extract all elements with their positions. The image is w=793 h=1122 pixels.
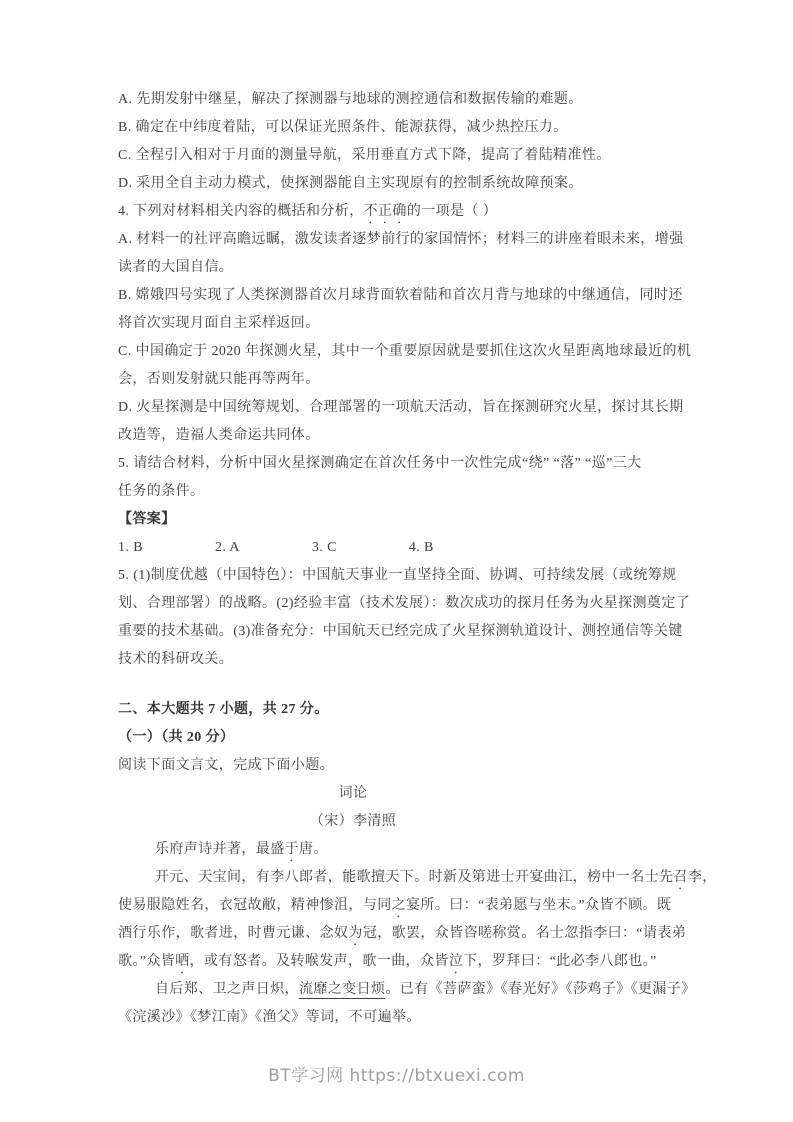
- text-segment: （一）（共 20 分）: [118, 730, 234, 745]
- text-segment: 使易服隐姓名，衣冠故敝，精神惨沮，与同: [118, 898, 392, 913]
- answer-key-item: 2. A: [215, 534, 240, 562]
- reading-instruction: 阅读下面文言文，完成下面小题。: [118, 752, 733, 780]
- q4-option-a-line2: 读者的大国自信。: [118, 254, 733, 282]
- passage-para1: 乐府声诗并著，最盛于唐。: [118, 836, 733, 864]
- text-segment: B. 嫦娥四号实现了人类探测器首次月球背面软着陆和首次月背与地球的中继通信，同时…: [118, 288, 683, 303]
- passage-para2-line1: 开元、天宝间，有李八郎者，能歌擅天下。时新及第进士开宴曲江，榜中一名士先召李，: [118, 864, 733, 892]
- section-2-header: 二、本大题共 7 小题，共 27 分。: [118, 696, 733, 724]
- passage-para2-line3: 酒行乐作，歌者进，时曹元谦、念奴为冠，歌罢，众皆咨嗟称赏。名士忽指李曰：“请表弟: [118, 920, 733, 948]
- text-segment: B. 确定在中纬度着陆，可以保证光照条件、能源获得，减少热控压力。: [118, 120, 568, 135]
- q4-option-d-line2: 改造等，造福人类命运共同体。: [118, 422, 733, 450]
- text-segment: 划、合理部署）的战略。(2)经验丰富（技术发展）：数次成功的探月任务为火星探测奠…: [118, 596, 690, 611]
- text-segment: 二、本大题共 7 小题，共 27 分。: [118, 702, 329, 717]
- text-segment: 乐府声诗并著，最盛: [155, 842, 285, 857]
- passage-para2-line4: 歌。”众皆哂，或有怒者。及转喉发声，歌一曲，众皆泣下，罗拜曰：“此必李八郎也。”: [118, 948, 733, 976]
- document-page: A. 先期发射中继星，解决了探测器与地球的测控通信和数据传输的难题。B. 确定在…: [0, 0, 793, 1122]
- text-segment: 不正确: [364, 204, 407, 219]
- answer-5-line3: 重要的技术基础。(3)准备充分：中国航天已经完成了火星探测轨道设计、测控通信等关…: [118, 618, 733, 646]
- text-segment: 4. 下列对材料相关内容的概括和分析，: [118, 204, 364, 219]
- text-segment: 宴所。曰：“表弟愿与坐末。”众皆不顾。既: [406, 898, 671, 913]
- text-segment: 之: [392, 898, 406, 913]
- answer-key-item: 4. B: [409, 534, 434, 562]
- text-segment: 的一项是（ ）: [407, 204, 497, 219]
- answer-5-line2: 划、合理部署）的战略。(2)经验丰富（技术发展）：数次成功的探月任务为火星探测奠…: [118, 590, 733, 618]
- text-segment: （宋）李清照: [310, 814, 396, 829]
- text-segment: 读者的大国自信。: [118, 260, 233, 275]
- text-segment: 5. (1)制度优越（中国特色）：中国航天事业一直坚持全面、协调、可持续发展（或…: [118, 568, 677, 583]
- q3-option-c: C. 全程引入相对于月面的测量导航，采用垂直方式下降，提高了着陆精准性。: [118, 142, 733, 170]
- answer-heading: 【答案】: [118, 506, 733, 534]
- q4-option-c-line1: C. 中国确定于 2020 年探测火星，其中一个重要原因就是要抓住这次火星距离地…: [118, 338, 733, 366]
- text-segment: 冠，歌罢，众皆咨嗟称赏。名士忽指李曰：“请表弟: [363, 926, 686, 941]
- q4-option-b-line1: B. 嫦娥四号实现了人类探测器首次月球背面软着陆和首次月背与地球的中继通信，同时…: [118, 282, 733, 310]
- text-segment: 歌。”众皆: [118, 954, 175, 969]
- text-segment: 于: [285, 842, 299, 857]
- passage-para3-line1: 自后郑、卫之声日炽，流靡之变日烦。已有《菩萨蛮》《春光好》《莎鸡子》《更漏子》: [118, 976, 733, 1004]
- text-segment: 为: [348, 926, 362, 941]
- document-body: A. 先期发射中继星，解决了探测器与地球的测控通信和数据传输的难题。B. 确定在…: [0, 0, 793, 1032]
- q3-option-a: A. 先期发射中继星，解决了探测器与地球的测控通信和数据传输的难题。: [118, 86, 733, 114]
- q4-option-a-line1: A. 材料一的社评高瞻远瞩，激发读者逐梦前行的家国情怀；材料三的讲座着眼未来，增…: [118, 226, 733, 254]
- text-segment: 下，罗拜曰：“此必李八郎也。”: [463, 954, 656, 969]
- text-segment: 《浣溪沙》《梦江南》《渔父》等词，不可遍举。: [118, 1010, 421, 1025]
- part-1-header: （一）（共 20 分）: [118, 724, 733, 752]
- section-gap: [118, 674, 733, 696]
- text-segment: 重要的技术基础。(3)准备充分：中国航天已经完成了火星探测轨道设计、测控通信等关…: [118, 624, 683, 639]
- passage-author: （宋）李清照: [118, 808, 588, 836]
- text-segment: 自后郑、卫之声日炽，: [155, 982, 299, 997]
- text-segment: A. 材料一的社评高瞻远瞩，激发读者逐梦前行的家国情怀；材料三的讲座着眼未来，增…: [118, 232, 684, 247]
- answer-5-line1: 5. (1)制度优越（中国特色）：中国航天事业一直坚持全面、协调、可持续发展（或…: [118, 562, 733, 590]
- text-segment: 召: [673, 870, 687, 885]
- text-segment: 5. 请结合材料，分析中国火星探测确定在首次任务中一次性完成“绕” “落” “巡…: [118, 456, 641, 471]
- text-segment: C. 全程引入相对于月面的测量导航，采用垂直方式下降，提高了着陆精准性。: [118, 148, 611, 163]
- q3-option-b: B. 确定在中纬度着陆，可以保证光照条件、能源获得，减少热控压力。: [118, 114, 733, 142]
- text-segment: 泣: [449, 954, 463, 969]
- text-segment: 将首次实现月面自主采样返回。: [118, 316, 320, 331]
- text-segment: 流靡之变日烦: [299, 982, 385, 997]
- text-segment: 唐。: [299, 842, 328, 857]
- passage-para2-line2: 使易服隐姓名，衣冠故敝，精神惨沮，与同之宴所。曰：“表弟愿与坐末。”众皆不顾。既: [118, 892, 733, 920]
- q4-option-c-line2: 会，否则发射就只能再等两年。: [118, 366, 733, 394]
- answer-key-item: 1. B: [118, 534, 143, 562]
- q4-option-d-line1: D. 火星探测是中国统筹规划、合理部署的一项航天活动，旨在探测研究火星，探讨其长…: [118, 394, 733, 422]
- text-segment: C. 中国确定于 2020 年探测火星，其中一个重要原因就是要抓住这次火星距离地…: [118, 344, 691, 359]
- answer-5-line4: 技术的科研攻关。: [118, 646, 733, 674]
- text-segment: D. 采用全自主动力模式，使探测器能自主实现原有的控制系统故障预案。: [118, 176, 583, 191]
- passage-title: 词论: [118, 780, 588, 808]
- text-segment: 哂: [175, 954, 189, 969]
- text-segment: ，或有怒者。及转喉发声，歌一曲，众皆: [190, 954, 449, 969]
- text-segment: A. 先期发射中继星，解决了探测器与地球的测控通信和数据传输的难题。: [118, 92, 583, 107]
- question-5-line2: 任务的条件。: [118, 478, 733, 506]
- answer-key-row: 1. B2. A3. C4. B: [118, 534, 733, 562]
- text-segment: D. 火星探测是中国统筹规划、合理部署的一项航天活动，旨在探测研究火星，探讨其长…: [118, 400, 684, 415]
- text-segment: 酒行乐作，歌者进，时曹元谦、念奴: [118, 926, 348, 941]
- text-segment: 技术的科研攻关。: [118, 652, 233, 667]
- q4-option-b-line2: 将首次实现月面自主采样返回。: [118, 310, 733, 338]
- text-segment: 任务的条件。: [118, 484, 204, 499]
- q3-option-d: D. 采用全自主动力模式，使探测器能自主实现原有的控制系统故障预案。: [118, 170, 733, 198]
- text-segment: 开元、天宝间，有李八郎者，能歌擅天下。时新及第进士开宴曲江，榜中一名士先: [155, 870, 673, 885]
- text-segment: 李，: [688, 870, 717, 885]
- question-4: 4. 下列对材料相关内容的概括和分析，不正确的一项是（ ）: [118, 198, 733, 226]
- text-segment: 改造等，造福人类命运共同体。: [118, 428, 320, 443]
- text-segment: 阅读下面文言文，完成下面小题。: [118, 758, 334, 773]
- text-segment: 【答案】: [118, 512, 176, 527]
- question-5-line1: 5. 请结合材料，分析中国火星探测确定在首次任务中一次性完成“绕” “落” “巡…: [118, 450, 733, 478]
- watermark-footer: BT学习网 https://btxuexi.com: [0, 1062, 793, 1090]
- answer-key-item: 3. C: [312, 534, 337, 562]
- text-segment: 会，否则发射就只能再等两年。: [118, 372, 320, 387]
- passage-para3-line2: 《浣溪沙》《梦江南》《渔父》等词，不可遍举。: [118, 1004, 733, 1032]
- text-segment: 词论: [339, 786, 368, 801]
- text-segment: 。已有《菩萨蛮》《春光好》《莎鸡子》《更漏子》: [385, 982, 695, 997]
